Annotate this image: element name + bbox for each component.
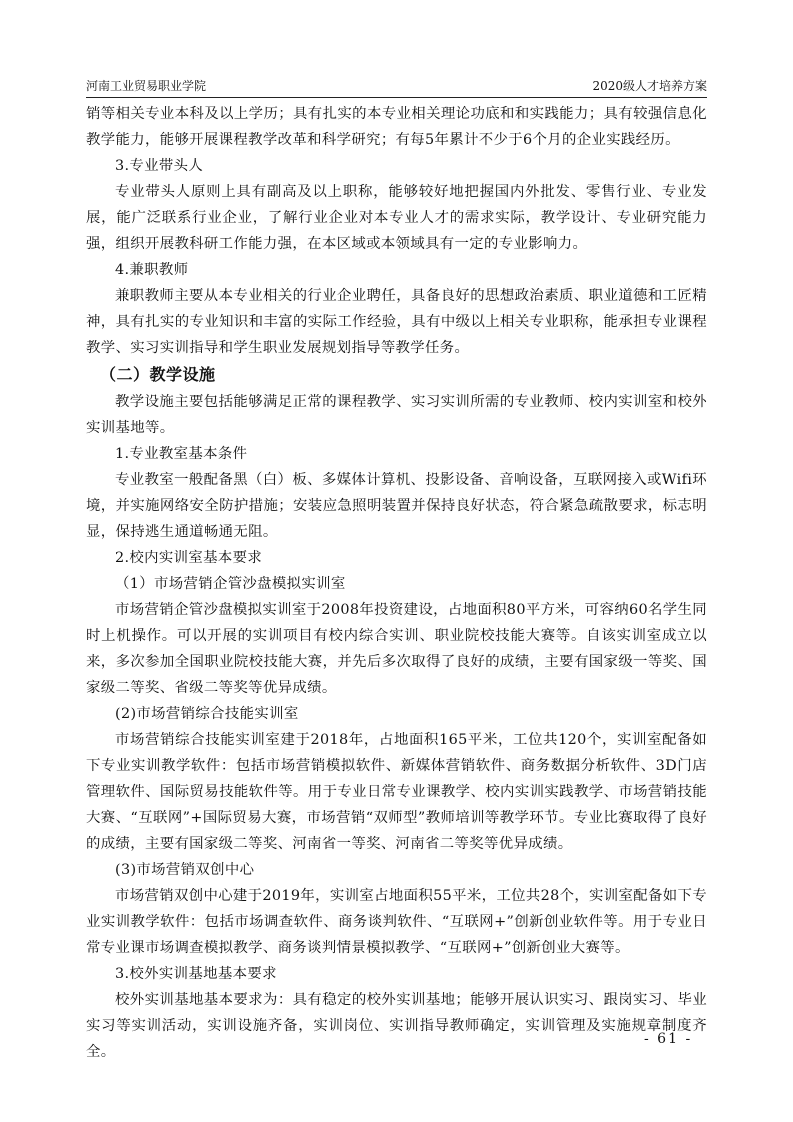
section-heading-teaching-facilities: （二）教学设施 xyxy=(86,361,707,389)
paragraph-innovation-center: 市场营销双创中心建于2019年，实训室占地面积55平米，工位共28个，实训室配备… xyxy=(86,883,707,961)
page-body: 销等相关专业本科及以上学历；具有扎实的本专业相关理论功底和和实践能力；具有较强信… xyxy=(86,101,707,1065)
subheading-internal-training: 2.校内实训室基本要求 xyxy=(86,545,707,571)
subheading-innovation-center: (3)市场营销双创中心 xyxy=(86,857,707,883)
paragraph-classroom: 专业教室一般配备黑（白）板、多媒体计算机、投影设备、音响设备，互联网接入或Wif… xyxy=(86,467,707,545)
paragraph-facilities-intro: 教学设施主要包括能够满足正常的课程教学、实习实训所需的专业教师、校内实训室和校外… xyxy=(86,389,707,441)
paragraph-external-base: 校外实训基地基本要求为：具有稳定的校外实训基地；能够开展认识实习、跟岗实习、毕业… xyxy=(86,987,707,1065)
header-institution: 河南工业贸易职业学院 xyxy=(86,77,206,94)
paragraph-skills-lab: 市场营销综合技能实训室建于2018年，占地面积165平米，工位共120个，实训室… xyxy=(86,727,707,857)
header-document-title: 2020级人才培养方案 xyxy=(592,77,707,94)
paragraph-continuation: 销等相关专业本科及以上学历；具有扎实的本专业相关理论功底和和实践能力；具有较强信… xyxy=(86,101,707,153)
subheading-skills-lab: (2)市场营销综合技能实训室 xyxy=(86,701,707,727)
subheading-lead-teacher: 3.专业带头人 xyxy=(86,153,707,179)
page-header: 河南工业贸易职业学院 2020级人才培养方案 xyxy=(86,76,707,98)
subheading-sandbox-lab: （1）市场营销企管沙盘模拟实训室 xyxy=(86,571,707,597)
paragraph-lead-teacher: 专业带头人原则上具有副高及以上职称，能够较好地把握国内外批发、零售行业、专业发展… xyxy=(86,179,707,257)
paragraph-sandbox-lab: 市场营销企管沙盘模拟实训室于2008年投资建设，占地面积80平方米，可容纳60名… xyxy=(86,597,707,701)
page-number: - 61 - xyxy=(644,1031,692,1047)
subheading-part-time-teacher: 4.兼职教师 xyxy=(86,257,707,283)
paragraph-part-time-teacher: 兼职教师主要从本专业相关的行业企业聘任，具备良好的思想政治素质、职业道德和工匠精… xyxy=(86,283,707,361)
subheading-external-base: 3.校外实训基地基本要求 xyxy=(86,961,707,987)
subheading-classroom: 1.专业教室基本条件 xyxy=(86,441,707,467)
